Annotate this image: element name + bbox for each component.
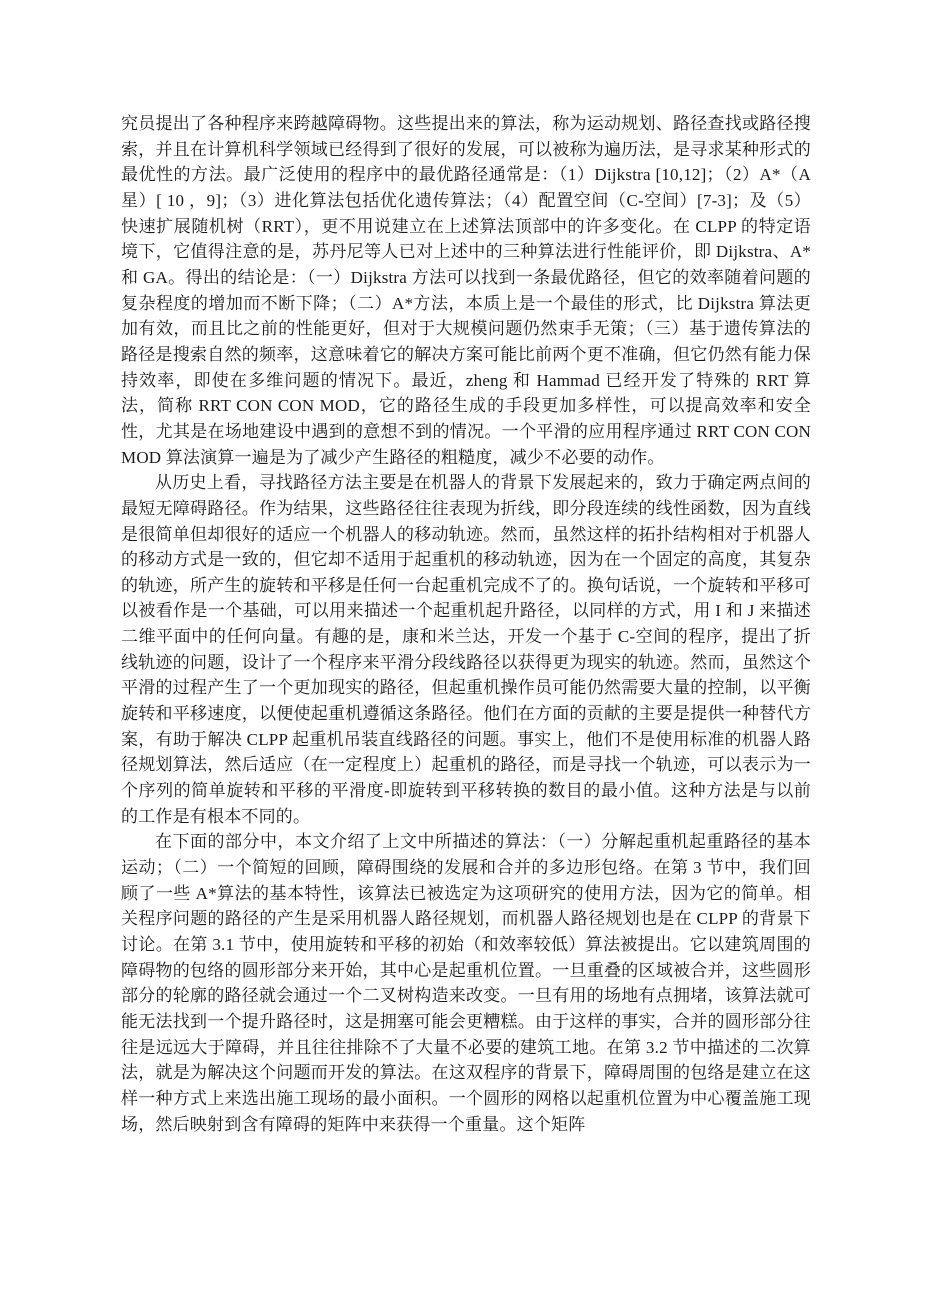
paragraph-continuation: 究员提出了各种程序来跨越障碍物。这些提出来的算法，称为运动规划、路径查找或路径搜… [121,111,811,470]
paragraph-history: 从历史上看，寻找路径方法主要是在机器人的背景下发展起来的，致力于确定两点间的最短… [121,470,811,829]
paragraph-overview: 在下面的部分中，本文介绍了上文中所描述的算法：（一）分解起重机起重路径的基本运动… [121,829,811,1137]
document-page: 究员提出了各种程序来跨越障碍物。这些提出来的算法，称为运动规划、路径查找或路径搜… [121,111,811,1137]
